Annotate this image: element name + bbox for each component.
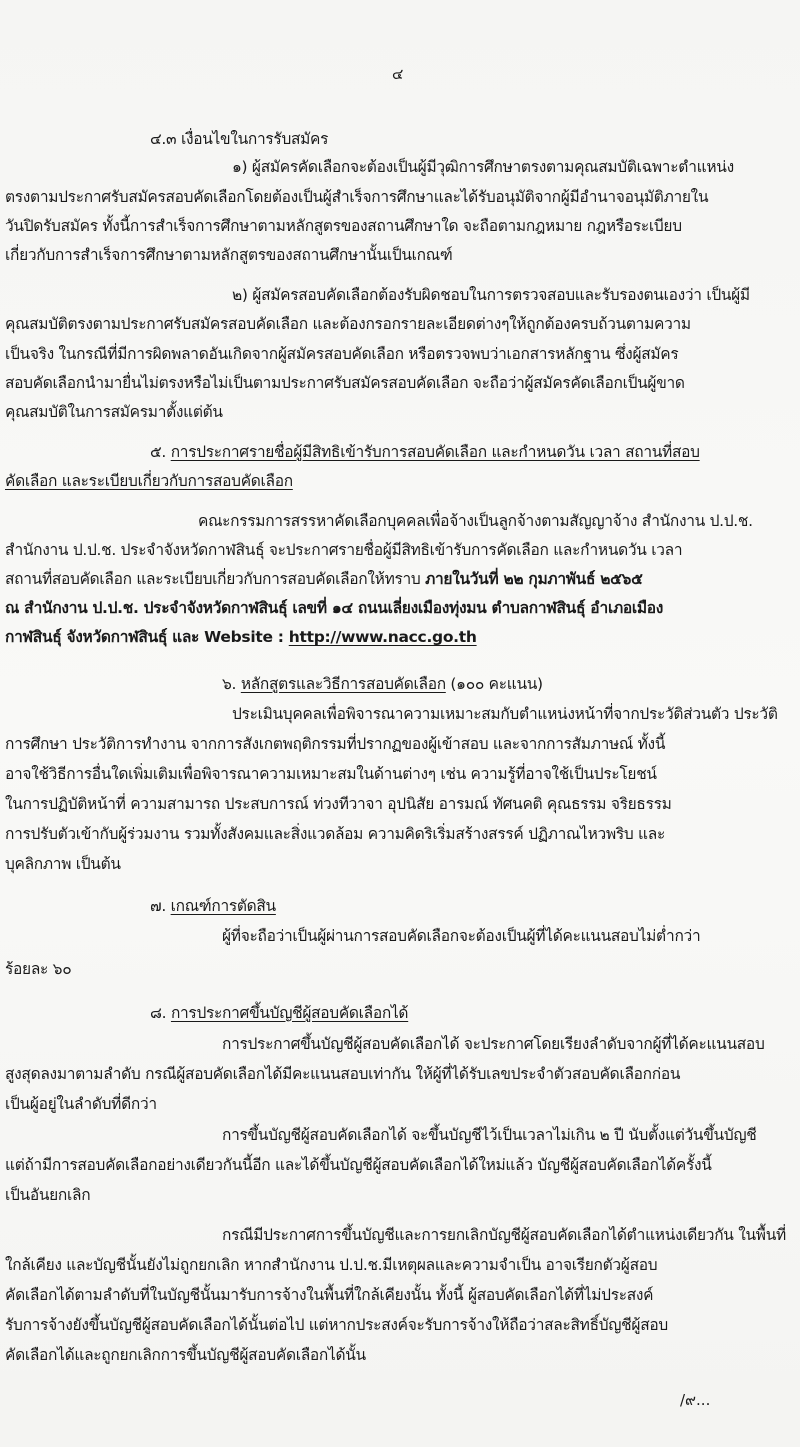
paragraph-line: เป็นจริง ในกรณีที่มีการผิดพลาดอันเกิดจาก… xyxy=(5,343,678,365)
paragraph-line: สูงสุดลงมาตามลำดับ กรณีผู้สอบคัดเลือกได้… xyxy=(5,1063,680,1085)
section-5-heading-cont: คัดเลือก และระเบียบเกี่ยวกับการสอบคัดเลื… xyxy=(5,470,293,492)
paragraph-line: สถานที่สอบคัดเลือก และระเบียบเกี่ยวกับกา… xyxy=(5,568,643,590)
paragraph-line: ประเมินบุคคลเพื่อพิจารณาความเหมาะสมกับตำ… xyxy=(232,703,778,725)
paragraph-line: การประกาศขึ้นบัญชีผู้สอบคัดเลือกได้ จะปร… xyxy=(222,1033,764,1055)
paragraph-text: สถานที่สอบคัดเลือก และระเบียบเกี่ยวกับกา… xyxy=(5,570,420,588)
paragraph-line: การปรับตัวเข้ากับผู้ร่วมงาน รวมทั้งสังคม… xyxy=(5,823,665,845)
paragraph-line: ร้อยละ ๖๐ xyxy=(5,958,71,980)
paragraph-line: กรณีมีประกาศการขึ้นบัญชีและการยกเลิกบัญช… xyxy=(222,1224,786,1246)
announcement-date: ภายในวันที่ ๒๒ กุมภาพันธ์ ๒๕๖๕ xyxy=(425,570,642,588)
office-address-cont: กาฬสินธุ์ จังหวัดกาฬสินธุ์ และ Website :… xyxy=(5,626,477,648)
office-address: ณ สำนักงาน ป.ป.ช. ประจำจังหวัดกาฬสินธุ์ … xyxy=(5,597,663,619)
section-title: การประกาศขึ้นบัญชีผู้สอบคัดเลือกได้ xyxy=(171,1004,408,1022)
section-title: เกณฑ์การตัดสิน xyxy=(171,897,276,915)
paragraph-line: คัดเลือกได้และถูกยกเลิกการขึ้นบัญชีผู้สอ… xyxy=(5,1344,366,1366)
paragraph-line: สำนักงาน ป.ป.ช. ประจำจังหวัดกาฬสินธุ์ จะ… xyxy=(5,539,682,561)
paragraph-line: แต่ถ้ามีการสอบคัดเลือกอย่างเดียวกันนี้อี… xyxy=(5,1154,712,1176)
paragraph-line: คุณสมบัติในการสมัครมาตั้งแต่ต้น xyxy=(5,401,223,423)
section-4-3-heading: ๔.๓ เงื่อนไขในการรับสมัคร xyxy=(150,128,328,150)
paragraph-line: คัดเลือกได้ตามลำดับที่ในบัญชีนั้นมารับกา… xyxy=(5,1284,653,1306)
paragraph-line: บุคลิกภาพ เป็นต้น xyxy=(5,853,121,875)
paragraph-line: เป็นอันยกเลิก xyxy=(5,1184,90,1206)
paragraph-line: อาจใช้วิธีการอื่นใดเพิ่มเติมเพื่อพิจารณา… xyxy=(5,763,657,785)
paragraph-line: ใกล้เคียง และบัญชีนั้นยังไม่ถูกยกเลิก หา… xyxy=(5,1254,657,1276)
continuation-marker: /๙... xyxy=(680,1388,710,1412)
section-6-heading: ๖. หลักสูตรและวิธีการสอบคัดเลือก (๑๐๐ คะ… xyxy=(222,673,543,695)
paragraph-line: ๒) ผู้สมัครสอบคัดเลือกต้องรับผิดชอบในการ… xyxy=(232,284,750,306)
section-7-heading: ๗. เกณฑ์การตัดสิน xyxy=(150,895,276,917)
section-score: (๑๐๐ คะแนน) xyxy=(446,675,543,693)
section-title: การประกาศรายชื่อผู้มีสิทธิเข้ารับการสอบค… xyxy=(171,443,700,461)
section-number: ๗. xyxy=(150,897,166,915)
document-page: ๔ ๔.๓ เงื่อนไขในการรับสมัคร ๑) ผู้สมัครค… xyxy=(0,0,800,1447)
paragraph-line: เป็นผู้อยู่ในลำดับที่ดีกว่า xyxy=(5,1093,157,1115)
paragraph-line: ในการปฏิบัติหน้าที่ ความสามารถ ประสบการณ… xyxy=(5,793,672,815)
website-link[interactable]: http://www.nacc.go.th xyxy=(289,628,477,646)
section-number: ๕. xyxy=(150,443,166,461)
section-number: ๖. xyxy=(222,675,236,693)
paragraph-line: เกี่ยวกับการสำเร็จการศึกษาตามหลักสูตรของ… xyxy=(5,244,452,266)
section-title: หลักสูตรและวิธีการสอบคัดเลือก xyxy=(241,675,446,693)
section-5-heading: ๕. การประกาศรายชื่อผู้มีสิทธิเข้ารับการส… xyxy=(150,441,700,463)
page-number: ๔ xyxy=(392,62,403,86)
address-text: กาฬสินธุ์ จังหวัดกาฬสินธุ์ และ Website : xyxy=(5,628,289,646)
paragraph-line: วันปิดรับสมัคร ทั้งนี้การสำเร็จการศึกษาต… xyxy=(5,215,682,237)
paragraph-line: การศึกษา ประวัติการทำงาน จากการสังเกตพฤต… xyxy=(5,733,665,755)
section-8-heading: ๘. การประกาศขึ้นบัญชีผู้สอบคัดเลือกได้ xyxy=(150,1002,408,1024)
paragraph-line: ตรงตามประกาศรับสมัครสอบคัดเลือกโดยต้องเป… xyxy=(5,186,708,208)
paragraph-line: คุณสมบัติตรงตามประกาศรับสมัครสอบคัดเลือก… xyxy=(5,313,691,335)
paragraph-line: สอบคัดเลือกนำมายื่นไม่ตรงหรือไม่เป็นตามป… xyxy=(5,372,685,394)
section-number: ๘. xyxy=(150,1004,166,1022)
paragraph-line: รับการจ้างยังขึ้นบัญชีผู้สอบคัดเลือกได้น… xyxy=(5,1314,668,1336)
paragraph-line: คณะกรรมการสรรหาคัดเลือกบุคคลเพื่อจ้างเป็… xyxy=(198,510,753,532)
paragraph-line: การขึ้นบัญชีผู้สอบคัดเลือกได้ จะขึ้นบัญช… xyxy=(222,1124,756,1146)
paragraph-line: ๑) ผู้สมัครคัดเลือกจะต้องเป็นผู้มีวุฒิกา… xyxy=(232,156,734,178)
paragraph-line: ผู้ที่จะถือว่าเป็นผู้ผ่านการสอบคัดเลือกจ… xyxy=(222,925,700,947)
